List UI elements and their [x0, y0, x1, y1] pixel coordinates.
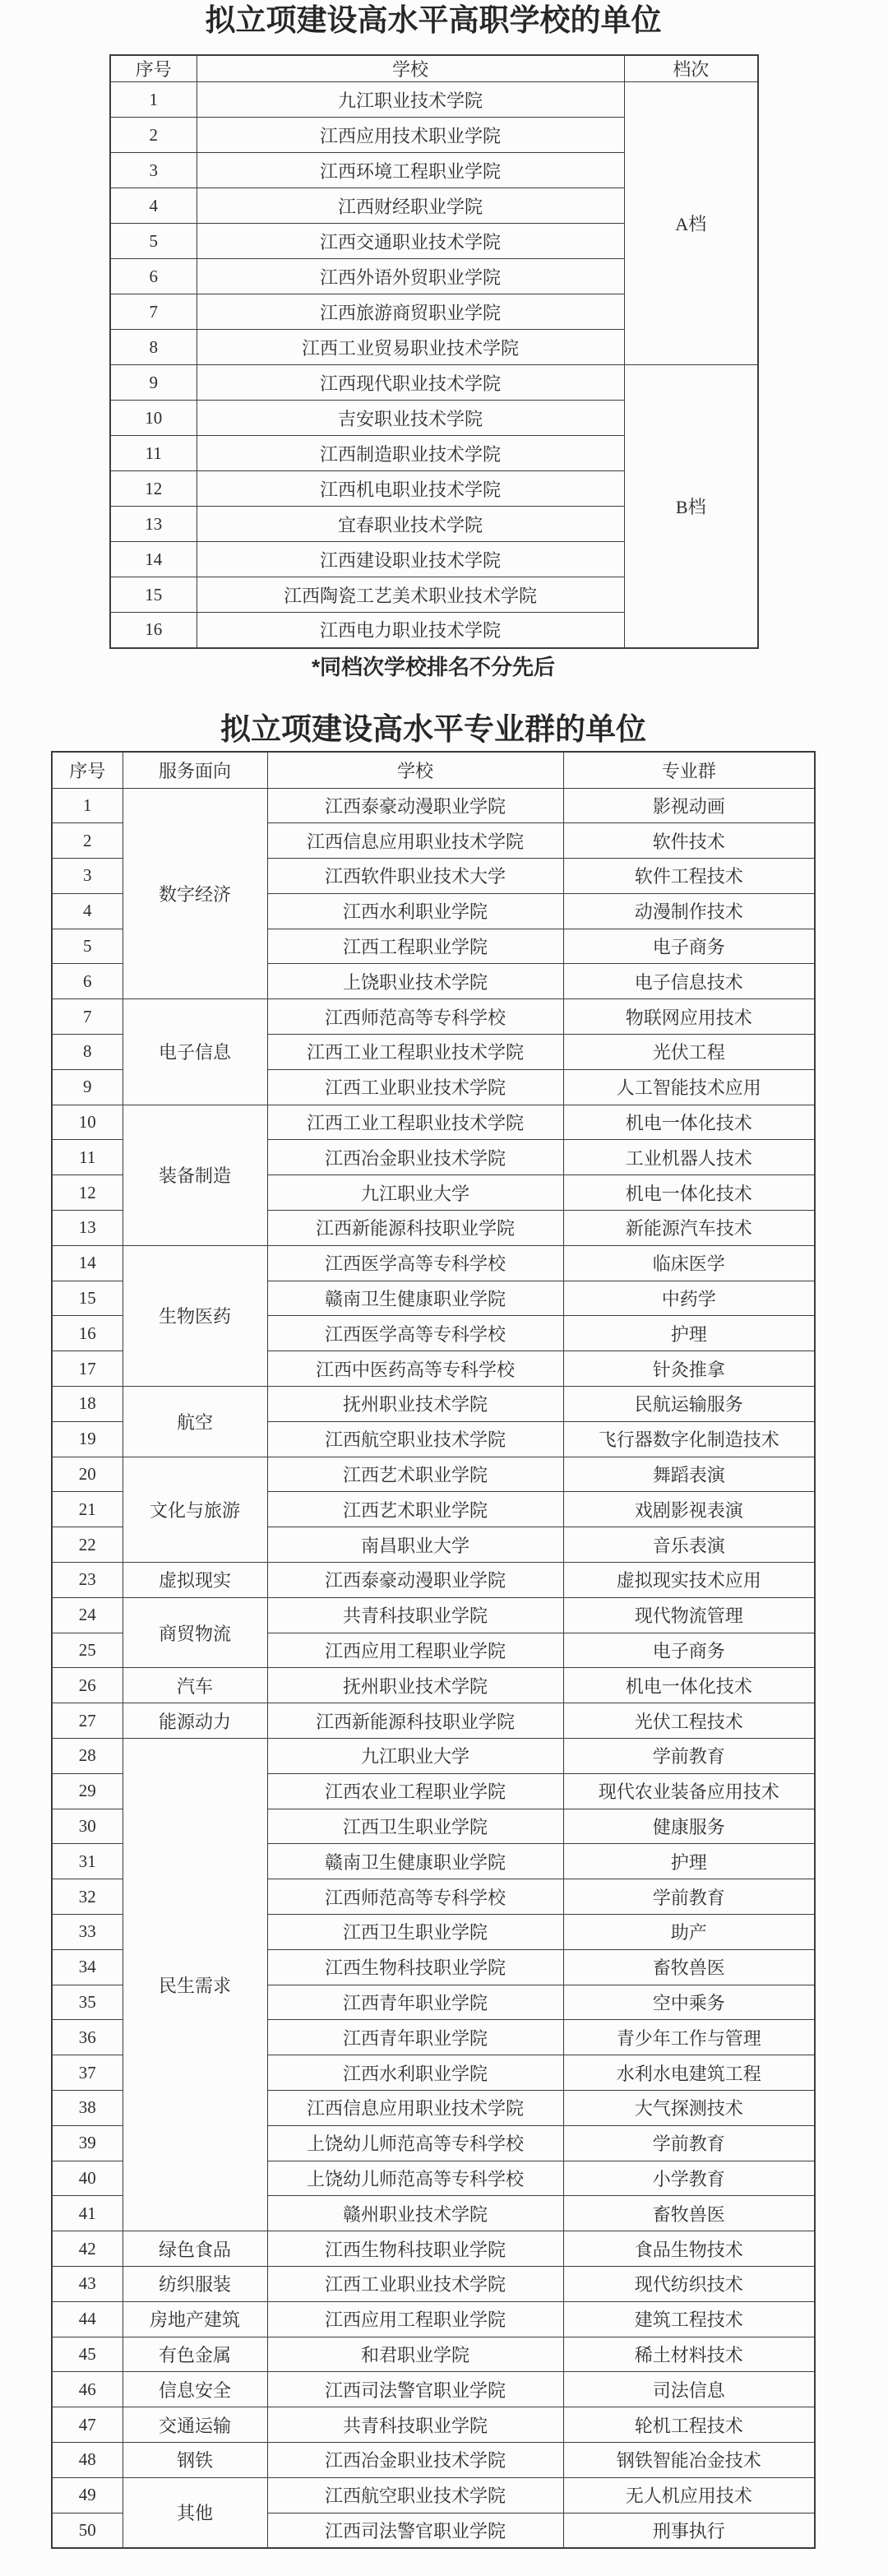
school-cell: 江西工业职业技术学院	[267, 2266, 563, 2301]
table-row: 1数字经济江西泰豪动漫职业学院影视动画	[52, 788, 815, 823]
school-cell: 江西农业工程职业学院	[267, 1773, 563, 1809]
school-cell: 江西信息应用职业技术学院	[267, 2090, 563, 2125]
row-number-cell: 12	[110, 471, 197, 507]
row-number-cell: 3	[110, 153, 197, 188]
row-number-cell: 38	[52, 2090, 123, 2125]
table1-header-row: 序号 学校 档次	[110, 55, 758, 82]
tier-cell: A档	[624, 82, 758, 365]
table2-title: 拟立项建设高水平专业群的单位	[0, 712, 867, 747]
school-cell: 江西医学高等专科学校	[267, 1245, 563, 1281]
table-row: 48钢铁江西冶金职业技术学院钢铁智能冶金技术	[52, 2442, 815, 2477]
row-number-cell: 11	[52, 1140, 123, 1175]
school-cell: 吉安职业技术学院	[197, 401, 624, 436]
table1-col-header-tier: 档次	[624, 55, 758, 82]
specialty-group-cell: 中药学	[563, 1281, 815, 1316]
school-cell: 赣南卫生健康职业学院	[267, 1844, 563, 1879]
school-cell: 江西卫生职业学院	[267, 1809, 563, 1844]
school-cell: 江西航空职业技术学院	[267, 2477, 563, 2513]
specialty-group-cell: 物联网应用技术	[563, 999, 815, 1035]
category-cell: 装备制造	[123, 1105, 267, 1245]
school-cell: 江西信息应用职业技术学院	[267, 823, 563, 859]
specialty-group-cell: 机电一体化技术	[563, 1175, 815, 1211]
table2-col-header-no: 序号	[52, 752, 123, 788]
specialty-group-cell: 司法信息	[563, 2372, 815, 2407]
school-cell: 赣南卫生健康职业学院	[267, 1281, 563, 1316]
table-row: 1九江职业技术学院A档	[110, 82, 758, 118]
row-number-cell: 16	[110, 613, 197, 648]
school-cell: 江西工业工程职业技术学院	[267, 1035, 563, 1070]
school-cell: 江西工业职业技术学院	[267, 1069, 563, 1105]
school-cell: 江西航空职业技术学院	[267, 1421, 563, 1457]
specialty-group-cell: 青少年工作与管理	[563, 2020, 815, 2055]
row-number-cell: 49	[52, 2477, 123, 2513]
row-number-cell: 40	[52, 2161, 123, 2196]
specialty-group-cell: 现代农业装备应用技术	[563, 1773, 815, 1809]
row-number-cell: 6	[52, 964, 123, 999]
row-number-cell: 10	[110, 401, 197, 436]
category-cell: 信息安全	[123, 2372, 267, 2407]
category-cell: 有色金属	[123, 2337, 267, 2372]
specialty-group-cell: 人工智能技术应用	[563, 1069, 815, 1105]
table-row: 49其他江西航空职业技术学院无人机应用技术	[52, 2477, 815, 2513]
tier-cell: B档	[624, 365, 758, 648]
category-cell: 民生需求	[123, 1739, 267, 2231]
school-cell: 江西泰豪动漫职业学院	[267, 1563, 563, 1598]
school-cell: 赣州职业技术学院	[267, 2196, 563, 2231]
row-number-cell: 50	[52, 2513, 123, 2548]
school-cell: 江西水利职业学院	[267, 2055, 563, 2091]
school-cell: 江西新能源科技职业学院	[267, 1211, 563, 1246]
school-cell: 江西医学高等专科学校	[267, 1316, 563, 1351]
specialty-group-cell: 动漫制作技术	[563, 893, 815, 929]
row-number-cell: 48	[52, 2442, 123, 2477]
row-number-cell: 9	[110, 365, 197, 401]
row-number-cell: 23	[52, 1563, 123, 1598]
row-number-cell: 7	[52, 999, 123, 1035]
specialty-group-cell: 戏剧影视表演	[563, 1492, 815, 1527]
row-number-cell: 19	[52, 1421, 123, 1457]
row-number-cell: 13	[52, 1211, 123, 1246]
school-cell: 江西现代职业技术学院	[197, 365, 624, 401]
table2-header-row: 序号 服务面向 学校 专业群	[52, 752, 815, 788]
school-cell: 江西青年职业学院	[267, 2020, 563, 2055]
row-number-cell: 4	[52, 893, 123, 929]
table-row: 7电子信息江西师范高等专科学校物联网应用技术	[52, 999, 815, 1035]
school-cell: 江西冶金职业技术学院	[267, 1140, 563, 1175]
specialty-group-cell: 学前教育	[563, 2125, 815, 2161]
school-cell: 江西软件职业技术大学	[267, 859, 563, 894]
school-cell: 江西旅游商贸职业学院	[197, 294, 624, 330]
table1-col-header-no: 序号	[110, 55, 197, 82]
school-cell: 抚州职业技术学院	[267, 1668, 563, 1703]
specialty-group-cell: 护理	[563, 1844, 815, 1879]
row-number-cell: 17	[52, 1351, 123, 1387]
category-cell: 其他	[123, 2477, 267, 2548]
row-number-cell: 42	[52, 2231, 123, 2267]
specialty-group-cell: 建筑工程技术	[563, 2301, 815, 2337]
table-row: 24商贸物流共青科技职业学院现代物流管理	[52, 1597, 815, 1633]
row-number-cell: 5	[52, 929, 123, 964]
school-cell: 九江职业大学	[267, 1175, 563, 1211]
specialty-group-cell: 无人机应用技术	[563, 2477, 815, 2513]
school-cell: 江西水利职业学院	[267, 893, 563, 929]
school-cell: 江西应用工程职业学院	[267, 1633, 563, 1668]
table-row: 46信息安全江西司法警官职业学院司法信息	[52, 2372, 815, 2407]
specialty-group-cell: 空中乘务	[563, 1985, 815, 2020]
category-cell: 文化与旅游	[123, 1457, 267, 1562]
row-number-cell: 22	[52, 1527, 123, 1563]
row-number-cell: 14	[110, 542, 197, 577]
row-number-cell: 2	[110, 118, 197, 153]
row-number-cell: 8	[52, 1035, 123, 1070]
row-number-cell: 29	[52, 1773, 123, 1809]
table-row: 20文化与旅游江西艺术职业学院舞蹈表演	[52, 1457, 815, 1492]
school-tier-table: 序号 学校 档次 1九江职业技术学院A档2江西应用技术职业学院3江西环境工程职业…	[109, 54, 759, 649]
row-number-cell: 32	[52, 1879, 123, 1915]
school-cell: 和君职业学院	[267, 2337, 563, 2372]
school-cell: 江西师范高等专科学校	[267, 1879, 563, 1915]
specialty-group-cell: 音乐表演	[563, 1527, 815, 1563]
specialty-group-cell: 电子信息技术	[563, 964, 815, 999]
specialty-group-cell: 光伏工程技术	[563, 1703, 815, 1739]
school-cell: 江西司法警官职业学院	[267, 2372, 563, 2407]
specialty-group-cell: 民航运输服务	[563, 1387, 815, 1422]
row-number-cell: 37	[52, 2055, 123, 2091]
category-cell: 绿色食品	[123, 2231, 267, 2267]
row-number-cell: 12	[52, 1175, 123, 1211]
row-number-cell: 5	[110, 224, 197, 259]
table-row: 27能源动力江西新能源科技职业学院光伏工程技术	[52, 1703, 815, 1739]
table2-col-header-school: 学校	[267, 752, 563, 788]
specialty-group-cell: 钢铁智能冶金技术	[563, 2442, 815, 2477]
table-row: 28民生需求九江职业大学学前教育	[52, 1739, 815, 1774]
specialty-group-cell: 电子商务	[563, 1633, 815, 1668]
row-number-cell: 21	[52, 1492, 123, 1527]
specialty-group-cell: 电子商务	[563, 929, 815, 964]
school-cell: 九江职业技术学院	[197, 82, 624, 118]
school-cell: 江西制造职业技术学院	[197, 436, 624, 471]
specialty-group-cell: 轮机工程技术	[563, 2407, 815, 2443]
school-cell: 江西机电职业技术学院	[197, 471, 624, 507]
row-number-cell: 24	[52, 1597, 123, 1633]
row-number-cell: 15	[52, 1281, 123, 1316]
specialty-group-cell: 舞蹈表演	[563, 1457, 815, 1492]
row-number-cell: 18	[52, 1387, 123, 1422]
category-cell: 电子信息	[123, 999, 267, 1105]
school-cell: 江西卫生职业学院	[267, 1915, 563, 1950]
school-cell: 江西应用工程职业学院	[267, 2301, 563, 2337]
row-number-cell: 16	[52, 1316, 123, 1351]
category-cell: 房地产建筑	[123, 2301, 267, 2337]
row-number-cell: 27	[52, 1703, 123, 1739]
specialty-group-cell: 新能源汽车技术	[563, 1211, 815, 1246]
row-number-cell: 33	[52, 1915, 123, 1950]
category-cell: 虚拟现实	[123, 1563, 267, 1598]
row-number-cell: 14	[52, 1245, 123, 1281]
specialty-group-cell: 机电一体化技术	[563, 1105, 815, 1140]
category-cell: 生物医药	[123, 1245, 267, 1386]
specialty-group-cell: 大气探测技术	[563, 2090, 815, 2125]
row-number-cell: 26	[52, 1668, 123, 1703]
row-number-cell: 9	[52, 1069, 123, 1105]
specialty-group-cell: 软件工程技术	[563, 859, 815, 894]
school-cell: 江西工业贸易职业技术学院	[197, 330, 624, 365]
school-cell: 宜春职业技术学院	[197, 507, 624, 542]
specialty-group-cell: 虚拟现实技术应用	[563, 1563, 815, 1598]
table-row: 44房地产建筑江西应用工程职业学院建筑工程技术	[52, 2301, 815, 2337]
row-number-cell: 30	[52, 1809, 123, 1844]
school-cell: 江西财经职业学院	[197, 188, 624, 224]
school-cell: 江西师范高等专科学校	[267, 999, 563, 1035]
category-cell: 航空	[123, 1387, 267, 1457]
school-cell: 江西新能源科技职业学院	[267, 1703, 563, 1739]
specialty-group-cell: 刑事执行	[563, 2513, 815, 2548]
specialty-group-cell: 畜牧兽医	[563, 1949, 815, 1985]
specialty-group-cell: 针灸推拿	[563, 1351, 815, 1387]
category-cell: 汽车	[123, 1668, 267, 1703]
row-number-cell: 20	[52, 1457, 123, 1492]
specialty-group-cell: 机电一体化技术	[563, 1668, 815, 1703]
school-cell: 上饶幼儿师范高等专科学校	[267, 2161, 563, 2196]
row-number-cell: 8	[110, 330, 197, 365]
table1-title: 拟立项建设高水平高职学校的单位	[0, 3, 867, 38]
row-number-cell: 47	[52, 2407, 123, 2443]
specialty-group-cell: 小学教育	[563, 2161, 815, 2196]
specialty-group-cell: 畜牧兽医	[563, 2196, 815, 2231]
row-number-cell: 35	[52, 1985, 123, 2020]
specialty-group-cell: 工业机器人技术	[563, 1140, 815, 1175]
table2-col-header-category: 服务面向	[123, 752, 267, 788]
school-cell: 抚州职业技术学院	[267, 1387, 563, 1422]
school-cell: 江西生物科技职业学院	[267, 1949, 563, 1985]
school-cell: 江西外语外贸职业学院	[197, 259, 624, 294]
row-number-cell: 41	[52, 2196, 123, 2231]
row-number-cell: 39	[52, 2125, 123, 2161]
school-cell: 江西司法警官职业学院	[267, 2513, 563, 2548]
table-row: 23虚拟现实江西泰豪动漫职业学院虚拟现实技术应用	[52, 1563, 815, 1598]
specialty-group-cell: 水利水电建筑工程	[563, 2055, 815, 2091]
specialty-group-cell: 现代纺织技术	[563, 2266, 815, 2301]
school-cell: 上饶职业技术学院	[267, 964, 563, 999]
specialty-group-cell: 光伏工程	[563, 1035, 815, 1070]
row-number-cell: 1	[52, 788, 123, 823]
row-number-cell: 25	[52, 1633, 123, 1668]
table-row: 43纺织服装江西工业职业技术学院现代纺织技术	[52, 2266, 815, 2301]
school-cell: 江西生物科技职业学院	[267, 2231, 563, 2267]
table-row: 18航空抚州职业技术学院民航运输服务	[52, 1387, 815, 1422]
school-cell: 上饶幼儿师范高等专科学校	[267, 2125, 563, 2161]
school-cell: 江西交通职业技术学院	[197, 224, 624, 259]
row-number-cell: 2	[52, 823, 123, 859]
specialty-group-cell: 学前教育	[563, 1879, 815, 1915]
row-number-cell: 31	[52, 1844, 123, 1879]
school-cell: 九江职业大学	[267, 1739, 563, 1774]
table-row: 14生物医药江西医学高等专科学校临床医学	[52, 1245, 815, 1281]
school-cell: 江西艺术职业学院	[267, 1492, 563, 1527]
school-cell: 南昌职业大学	[267, 1527, 563, 1563]
category-cell: 能源动力	[123, 1703, 267, 1739]
table2-body: 1数字经济江西泰豪动漫职业学院影视动画2江西信息应用职业技术学院软件技术3江西软…	[52, 788, 815, 2548]
specialty-group-cell: 影视动画	[563, 788, 815, 823]
specialty-group-cell: 助产	[563, 1915, 815, 1950]
specialty-group-table: 序号 服务面向 学校 专业群 1数字经济江西泰豪动漫职业学院影视动画2江西信息应…	[51, 751, 816, 2549]
specialty-group-cell: 软件技术	[563, 823, 815, 859]
specialty-group-cell: 护理	[563, 1316, 815, 1351]
table1-body: 1九江职业技术学院A档2江西应用技术职业学院3江西环境工程职业学院4江西财经职业…	[110, 82, 758, 648]
school-cell: 共青科技职业学院	[267, 2407, 563, 2443]
table-row: 10装备制造江西工业工程职业技术学院机电一体化技术	[52, 1105, 815, 1140]
row-number-cell: 15	[110, 577, 197, 613]
category-cell: 纺织服装	[123, 2266, 267, 2301]
school-cell: 江西建设职业技术学院	[197, 542, 624, 577]
row-number-cell: 36	[52, 2020, 123, 2055]
row-number-cell: 45	[52, 2337, 123, 2372]
table2-col-header-group: 专业群	[563, 752, 815, 788]
school-cell: 江西陶瓷工艺美术职业技术学院	[197, 577, 624, 613]
row-number-cell: 7	[110, 294, 197, 330]
row-number-cell: 43	[52, 2266, 123, 2301]
school-cell: 江西冶金职业技术学院	[267, 2442, 563, 2477]
row-number-cell: 1	[110, 82, 197, 118]
specialty-group-cell: 稀土材料技术	[563, 2337, 815, 2372]
school-cell: 江西工程职业学院	[267, 929, 563, 964]
specialty-group-cell: 现代物流管理	[563, 1597, 815, 1633]
row-number-cell: 4	[110, 188, 197, 224]
row-number-cell: 13	[110, 507, 197, 542]
table-row: 42绿色食品江西生物科技职业学院食品生物技术	[52, 2231, 815, 2267]
row-number-cell: 3	[52, 859, 123, 894]
school-cell: 江西中医药高等专科学校	[267, 1351, 563, 1387]
school-cell: 江西电力职业技术学院	[197, 613, 624, 648]
specialty-group-cell: 健康服务	[563, 1809, 815, 1844]
category-cell: 商贸物流	[123, 1597, 267, 1668]
category-cell: 交通运输	[123, 2407, 267, 2443]
school-cell: 江西青年职业学院	[267, 1985, 563, 2020]
table-row: 9江西现代职业技术学院B档	[110, 365, 758, 401]
row-number-cell: 6	[110, 259, 197, 294]
row-number-cell: 44	[52, 2301, 123, 2337]
category-cell: 钢铁	[123, 2442, 267, 2477]
row-number-cell: 28	[52, 1739, 123, 1774]
specialty-group-cell: 飞行器数字化制造技术	[563, 1421, 815, 1457]
specialty-group-cell: 学前教育	[563, 1739, 815, 1774]
table-row: 26汽车抚州职业技术学院机电一体化技术	[52, 1668, 815, 1703]
school-cell: 江西环境工程职业学院	[197, 153, 624, 188]
row-number-cell: 46	[52, 2372, 123, 2407]
school-cell: 江西泰豪动漫职业学院	[267, 788, 563, 823]
school-cell: 江西工业工程职业技术学院	[267, 1105, 563, 1140]
specialty-group-cell: 食品生物技术	[563, 2231, 815, 2267]
school-cell: 共青科技职业学院	[267, 1597, 563, 1633]
table1-footnote: *同档次学校排名不分先后	[0, 656, 867, 679]
row-number-cell: 10	[52, 1105, 123, 1140]
table1-col-header-school: 学校	[197, 55, 624, 82]
category-cell: 数字经济	[123, 788, 267, 999]
row-number-cell: 34	[52, 1949, 123, 1985]
specialty-group-cell: 临床医学	[563, 1245, 815, 1281]
school-cell: 江西艺术职业学院	[267, 1457, 563, 1492]
table-row: 45有色金属和君职业学院稀土材料技术	[52, 2337, 815, 2372]
row-number-cell: 11	[110, 436, 197, 471]
school-cell: 江西应用技术职业学院	[197, 118, 624, 153]
table-row: 47交通运输共青科技职业学院轮机工程技术	[52, 2407, 815, 2443]
